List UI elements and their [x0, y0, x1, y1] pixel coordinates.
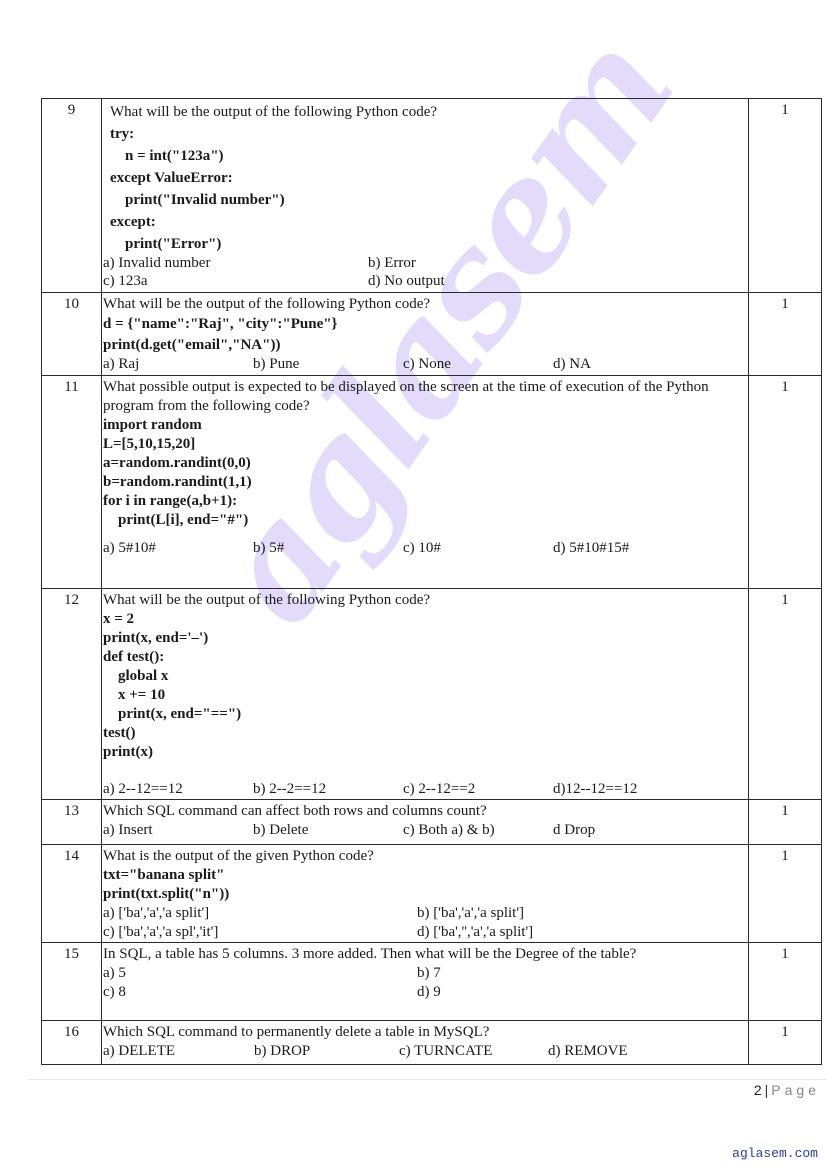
question-row: 10 What will be the output of the follow…: [42, 293, 822, 376]
option-c: c) Both a) & b): [403, 821, 553, 840]
option-c: c) 123a: [103, 272, 368, 290]
marks: 1: [749, 1021, 822, 1065]
option-b: b) 7: [417, 964, 441, 983]
code-line: try:: [103, 123, 748, 145]
options: a) Insert b) Delete c) Both a) & b) d Dr…: [103, 821, 748, 840]
footer-divider: [28, 1079, 826, 1080]
question-row: 12 What will be the output of the follow…: [42, 589, 822, 800]
option-c: c) 8: [103, 983, 417, 1002]
question-body: Which SQL command to permanently delete …: [102, 1021, 749, 1065]
option-d: d) No output: [368, 272, 445, 290]
code-line: for i in range(a,b+1):: [103, 492, 748, 511]
option-d: d)12--12==12: [553, 780, 637, 799]
question-body: What possible output is expected to be d…: [102, 376, 749, 589]
option-a: a) DELETE: [103, 1042, 254, 1061]
question-body: What will be the output of the following…: [102, 293, 749, 376]
question-stem: What will be the output of the following…: [103, 101, 748, 123]
question-stem: What is the output of the given Python c…: [103, 847, 748, 866]
code-line: except:: [103, 211, 748, 233]
question-stem: What possible output is expected to be d…: [103, 378, 748, 416]
code-line: def test():: [103, 648, 748, 667]
option-b: b) 5#: [253, 539, 403, 558]
option-d: d) NA: [553, 355, 591, 374]
option-b: b) Pune: [253, 355, 403, 374]
question-number: 13: [42, 800, 102, 845]
options: c) 123a d) No output: [103, 272, 748, 290]
question-number: 9: [42, 99, 102, 293]
page-number-value: 2: [754, 1082, 762, 1098]
page-separator: |: [765, 1082, 769, 1098]
marks: 1: [749, 943, 822, 1021]
code-line: print(x, end='–'): [103, 629, 748, 648]
marks: 1: [749, 293, 822, 376]
question-stem: What will be the output of the following…: [103, 591, 748, 610]
question-row: 13 Which SQL command can affect both row…: [42, 800, 822, 845]
code-line: L=[5,10,15,20]: [103, 435, 748, 454]
code-line: print(x): [103, 743, 748, 762]
question-row: 11 What possible output is expected to b…: [42, 376, 822, 589]
option-d: d) ['ba','','a','a split']: [417, 923, 533, 942]
options: a) 5#10# b) 5# c) 10# d) 5#10#15#: [103, 539, 748, 558]
question-stem: Which SQL command can affect both rows a…: [103, 802, 748, 821]
question-body: What will be the output of the following…: [102, 99, 749, 293]
question-body: What is the output of the given Python c…: [102, 845, 749, 943]
option-c: c) 2--12==2: [403, 780, 553, 799]
options: c) 8 d) 9: [103, 983, 748, 1002]
options: a) 2--12==12 b) 2--2==12 c) 2--12==2 d)1…: [103, 780, 748, 799]
page-number: 2|Page: [754, 1082, 820, 1098]
option-a: a) 5: [103, 964, 417, 983]
option-b: b) Error: [368, 255, 416, 272]
site-url[interactable]: aglasem.com: [732, 1146, 818, 1161]
question-body: Which SQL command can affect both rows a…: [102, 800, 749, 845]
option-d: d) 5#10#15#: [553, 539, 629, 558]
option-b: b) DROP: [254, 1042, 399, 1061]
option-c: c) ['ba','a','a spl','it']: [103, 923, 417, 942]
code-line: d = {"name":"Raj", "city":"Pune"}: [103, 314, 748, 335]
page-label: Page: [771, 1082, 820, 1098]
code-line: global x: [103, 667, 748, 686]
code-line: print(d.get("email","NA")): [103, 335, 748, 355]
options: a) Raj b) Pune c) None d) NA: [103, 355, 748, 374]
option-a: a) Insert: [103, 821, 253, 840]
code-line: print("Error"): [103, 233, 748, 255]
marks: 1: [749, 99, 822, 293]
option-a: a) 5#10#: [103, 539, 253, 558]
question-row: 16 Which SQL command to permanently dele…: [42, 1021, 822, 1065]
option-c: c) 10#: [403, 539, 553, 558]
code-line: print(x, end="=="): [103, 705, 748, 724]
options: a) 5 b) 7: [103, 964, 748, 983]
option-d: d) REMOVE: [548, 1042, 628, 1061]
option-b: b) Delete: [253, 821, 403, 840]
question-number: 10: [42, 293, 102, 376]
options: c) ['ba','a','a spl','it'] d) ['ba','','…: [103, 923, 748, 942]
options: a) DELETE b) DROP c) TURNCATE d) REMOVE: [103, 1042, 748, 1061]
question-row: 14 What is the output of the given Pytho…: [42, 845, 822, 943]
marks: 1: [749, 376, 822, 589]
option-b: b) 2--2==12: [253, 780, 403, 799]
option-a: a) Invalid number: [103, 255, 368, 272]
option-c: c) TURNCATE: [399, 1042, 548, 1061]
option-d: d Drop: [553, 821, 595, 840]
option-d: d) 9: [417, 983, 441, 1002]
code-line: a=random.randint(0,0): [103, 454, 748, 473]
question-table: 9 What will be the output of the followi…: [41, 98, 822, 1065]
code-line: txt="banana split": [103, 866, 748, 885]
question-stem: In SQL, a table has 5 columns. 3 more ad…: [103, 945, 748, 964]
marks: 1: [749, 589, 822, 800]
code-line: print(txt.split("n")): [103, 885, 748, 904]
marks: 1: [749, 800, 822, 845]
option-a: a) 2--12==12: [103, 780, 253, 799]
marks: 1: [749, 845, 822, 943]
question-number: 14: [42, 845, 102, 943]
options: a) ['ba','a','a split'] b) ['ba','a','a …: [103, 904, 748, 923]
code-line: n = int("123a"): [103, 145, 748, 167]
code-line: b=random.randint(1,1): [103, 473, 748, 492]
question-body: In SQL, a table has 5 columns. 3 more ad…: [102, 943, 749, 1021]
question-number: 16: [42, 1021, 102, 1065]
code-line: print("Invalid number"): [103, 189, 748, 211]
option-a: a) ['ba','a','a split']: [103, 904, 417, 923]
code-line: x = 2: [103, 610, 748, 629]
question-stem: What will be the output of the following…: [103, 295, 748, 314]
options: a) Invalid number b) Error: [103, 255, 748, 272]
code-line: except ValueError:: [103, 167, 748, 189]
option-b: b) ['ba','a','a split']: [417, 904, 524, 923]
code-line: import random: [103, 416, 748, 435]
question-row: 9 What will be the output of the followi…: [42, 99, 822, 293]
question-stem: Which SQL command to permanently delete …: [103, 1023, 748, 1042]
question-body: What will be the output of the following…: [102, 589, 749, 800]
question-number: 15: [42, 943, 102, 1021]
code-line: test(): [103, 724, 748, 743]
code-line: x += 10: [103, 686, 748, 705]
code-line: print(L[i], end="#"): [103, 511, 748, 530]
question-number: 12: [42, 589, 102, 800]
question-row: 15 In SQL, a table has 5 columns. 3 more…: [42, 943, 822, 1021]
option-c: c) None: [403, 355, 553, 374]
option-a: a) Raj: [103, 355, 253, 374]
question-number: 11: [42, 376, 102, 589]
